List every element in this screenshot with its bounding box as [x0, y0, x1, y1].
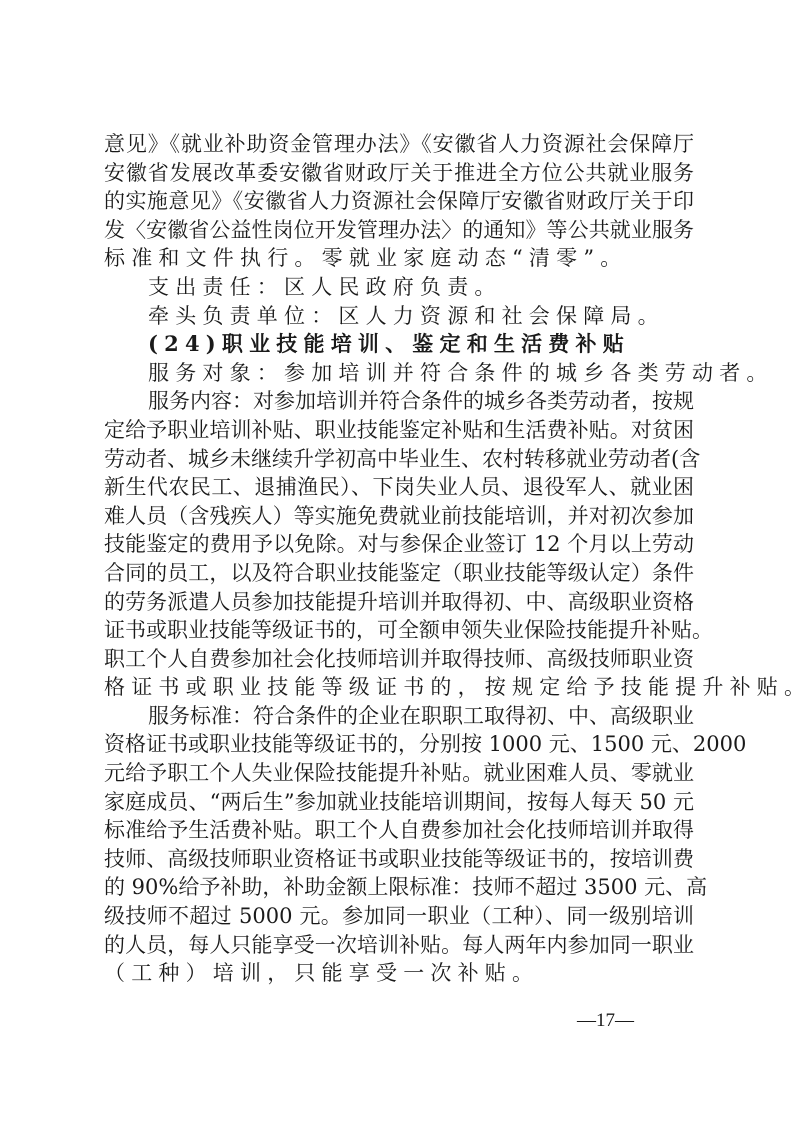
- service-content-paragraph: 服务内容：对参加培训并符合条件的城乡各类劳动者，按规 定给予职业培训补贴、职业技…: [104, 387, 694, 702]
- text-line: 的实施意见》《安徽省人力资源社会保障厅安徽省财政厅关于印: [104, 187, 694, 216]
- text-line: 标准和文件执行。零就业家庭动态“清零”。: [104, 244, 694, 273]
- text-line: 新生代农民工、退捕渔民）、下岗失业人员、退役军人、就业困: [104, 473, 694, 502]
- section-heading: (24)职业技能培训、鉴定和生活费补贴: [104, 330, 694, 359]
- text-line: 技能鉴定的费用予以免除。对与参保企业签订 12 个月以上劳动: [104, 530, 694, 559]
- text-line: 劳动者、城乡未继续升学初高中毕业生、农村转移就业劳动者(含: [104, 445, 694, 474]
- text-line: 家庭成员、“两后生”参加就业技能培训期间，按每人每天 50 元: [104, 788, 694, 817]
- text-line: 发〈安徽省公益性岗位开发管理办法〉的通知》等公共就业服务: [104, 216, 694, 245]
- text-line: 的人员，每人只能享受一次培训补贴。每人两年内参加同一职业: [104, 931, 694, 960]
- service-target: 服务对象：参加培训并符合条件的城乡各类劳动者。: [104, 359, 694, 388]
- document-body: 意见》《就业补助资金管理办法》《安徽省人力资源社会保障厅 安徽省发展改革委安徽省…: [104, 130, 694, 988]
- service-standard-paragraph: 服务标准：符合条件的企业在职职工取得初、中、高级职业 资格证书或职业技能等级证书…: [104, 702, 694, 988]
- text-line: 职工个人自费参加社会化技师培训并取得技师、高级技师职业资: [104, 645, 694, 674]
- text-line: 元给予职工个人失业保险技能提升补贴。就业困难人员、零就业: [104, 759, 694, 788]
- text-line: 级技师不超过 5000 元。参加同一职业（工种）、同一级别培训: [104, 902, 694, 931]
- text-line: （工种）培训，只能享受一次补贴。: [104, 959, 694, 988]
- text-line: 技师、高级技师职业资格证书或职业技能等级证书的，按培训费: [104, 845, 694, 874]
- text-line: 服务内容：对参加培训并符合条件的城乡各类劳动者，按规: [104, 387, 694, 416]
- text-line: 标准给予生活费补贴。职工个人自费参加社会化技师培训并取得: [104, 816, 694, 845]
- text-line: 格证书或职业技能等级证书的，按规定给予技能提升补贴。: [104, 673, 694, 702]
- expense-responsibility: 支出责任：区人民政府负责。: [104, 273, 694, 302]
- text-line: 定给予职业培训补贴、职业技能鉴定补贴和生活费补贴。对贫困: [104, 416, 694, 445]
- text-line: 证书或职业技能等级证书的，可全额申领失业保险技能提升补贴。: [104, 616, 694, 645]
- text-line: 资格证书或职业技能等级证书的，分别按 1000 元、1500 元、2000: [104, 730, 694, 759]
- text-line: 的 90%给予补助，补助金额上限标准：技师不超过 3500 元、高: [104, 873, 694, 902]
- text-line: 安徽省发展改革委安徽省财政厅关于推进全方位公共就业服务: [104, 159, 694, 188]
- intro-paragraph: 意见》《就业补助资金管理办法》《安徽省人力资源社会保障厅 安徽省发展改革委安徽省…: [104, 130, 694, 273]
- lead-unit: 牵头负责单位：区人力资源和社会保障局。: [104, 302, 694, 331]
- text-line: 难人员（含残疾人）等实施免费就业前技能培训，并对初次参加: [104, 502, 694, 531]
- text-line: 合同的员工，以及符合职业技能鉴定（职业技能等级认定）条件: [104, 559, 694, 588]
- page-number: —17—: [577, 1010, 634, 1032]
- text-line: 服务标准：符合条件的企业在职职工取得初、中、高级职业: [104, 702, 694, 731]
- text-line: 的劳务派遣人员参加技能提升培训并取得初、中、高级职业资格: [104, 588, 694, 617]
- text-line: 意见》《就业补助资金管理办法》《安徽省人力资源社会保障厅: [104, 130, 694, 159]
